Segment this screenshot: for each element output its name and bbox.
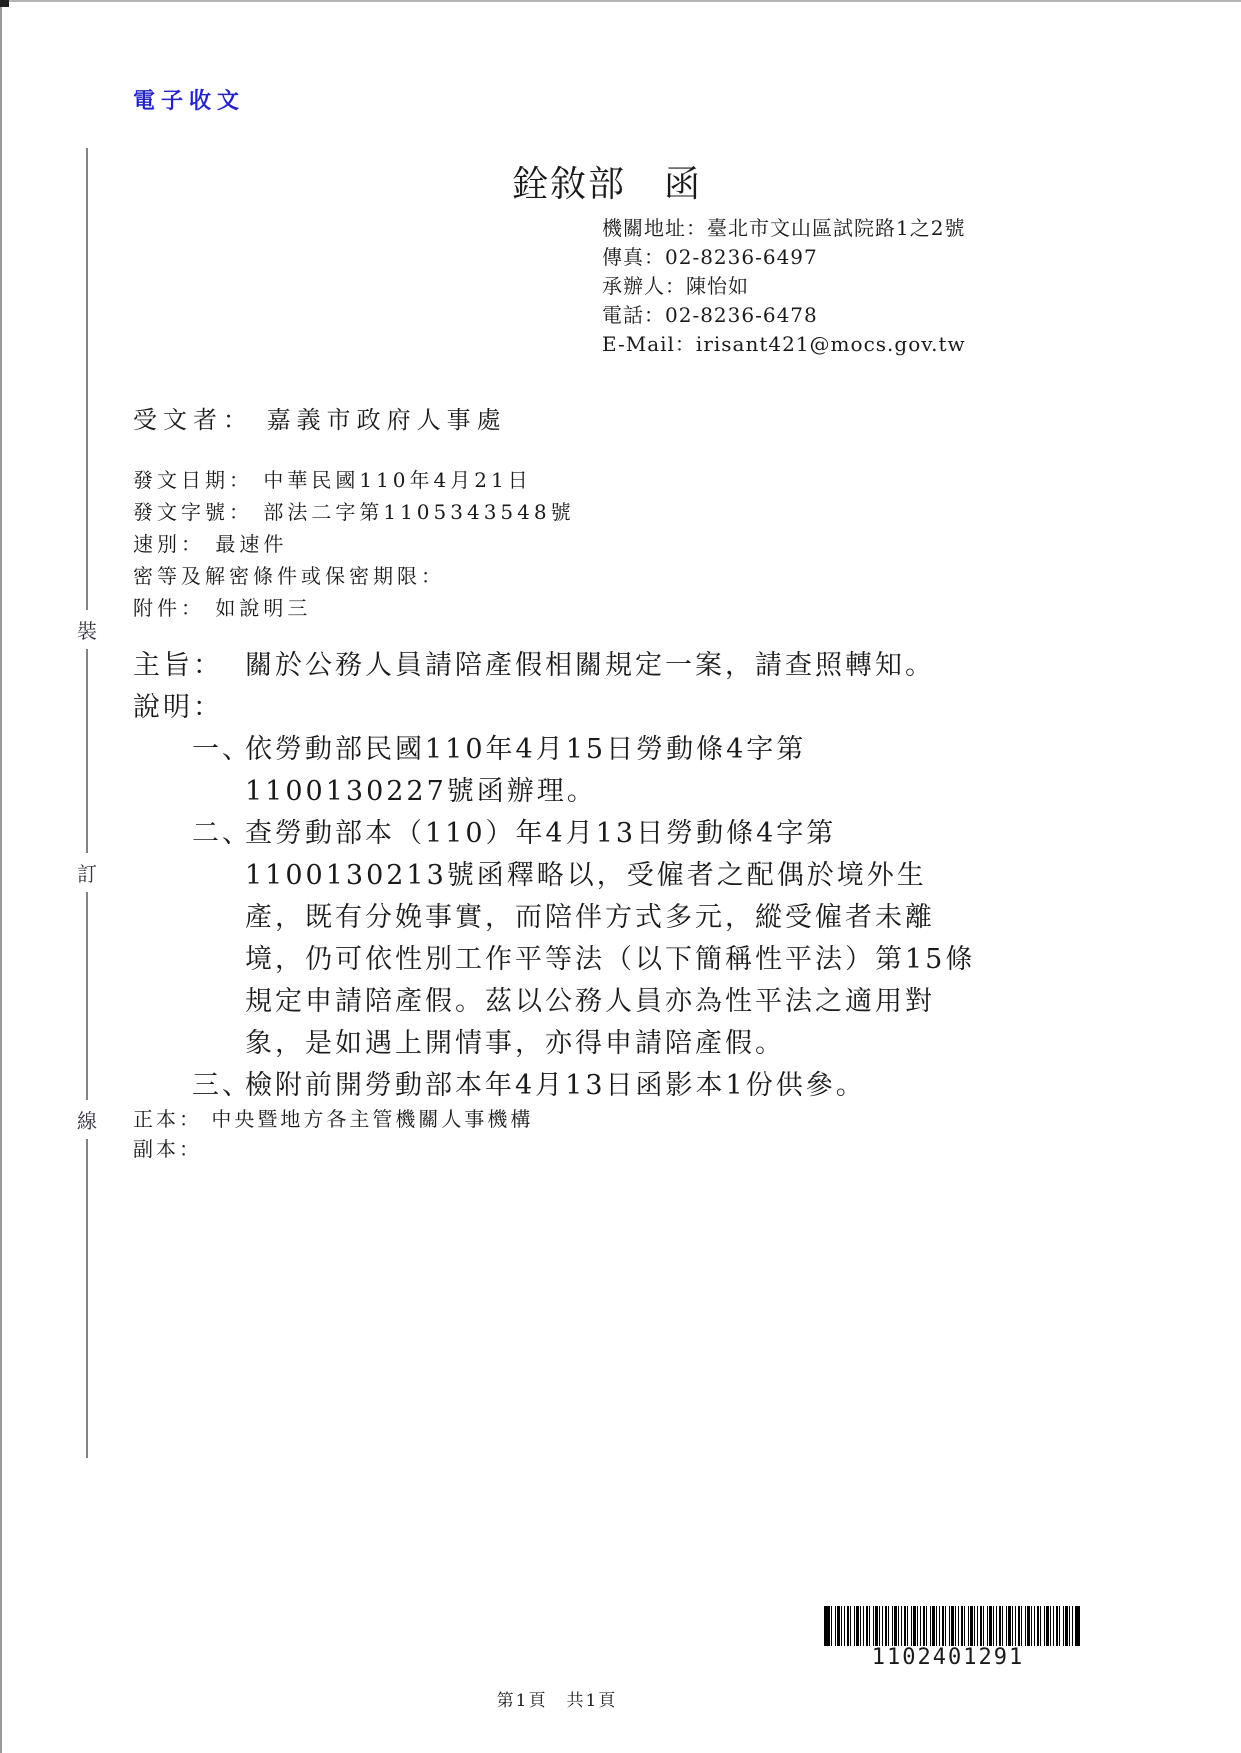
explanation-item-3: 三、 檢附前開勞動部本年4月13日函影本1份供參。 bbox=[192, 1065, 985, 1107]
binding-mark-ding: 訂 bbox=[74, 853, 100, 892]
sender-info-block: 機關地址：臺北市文山區試院路1之2號 傳真：02-8236-6497 承辦人：陳… bbox=[602, 214, 966, 359]
letter-body: 主旨： 關於公務人員請陪產假相關規定一案，請查照轉知。 說明： 一、 依勞動部民… bbox=[133, 645, 985, 1107]
document-title: 銓敘部 函 bbox=[512, 156, 702, 207]
item-text: 查勞動部本（110）年4月13日勞動條4字第1100130213號函釋略以，受僱… bbox=[245, 813, 982, 1065]
binding-fold-line bbox=[86, 148, 88, 1458]
barcode-number: 1102401291 bbox=[824, 1645, 1072, 1670]
scan-edge-left bbox=[0, 0, 2, 1753]
issue-date-line: 發文日期： 中華民國110年4月21日 bbox=[133, 464, 575, 496]
document-barcode bbox=[824, 1606, 1080, 1646]
original-copy-line: 正本： 中央暨地方各主管機關人事機構 bbox=[133, 1104, 533, 1134]
subject-label: 主旨： bbox=[133, 645, 245, 687]
carbon-copy-line: 副本： bbox=[133, 1134, 533, 1164]
item-number: 一、 bbox=[192, 729, 245, 813]
scan-artifact bbox=[0, 0, 9, 7]
explanation-item-1: 一、 依勞動部民國110年4月15日勞動條4字第1100130227號函辦理。 bbox=[192, 729, 985, 813]
binding-mark-zhuang: 裝 bbox=[74, 610, 100, 649]
issue-number-line: 發文字號： 部法二字第1105343548號 bbox=[133, 496, 575, 528]
item-text: 依勞動部民國110年4月15日勞動條4字第1100130227號函辦理。 bbox=[245, 729, 982, 813]
official-letter-page: 電子收文 裝 訂 線 銓敘部 函 機關地址：臺北市文山區試院路1之2號 傳真：0… bbox=[0, 0, 1241, 1753]
speed-class-line: 速別： 最速件 bbox=[133, 528, 575, 560]
security-class-line: 密等及解密條件或保密期限： bbox=[133, 560, 575, 592]
binding-mark-xian: 線 bbox=[74, 1100, 100, 1139]
subject-line: 主旨： 關於公務人員請陪產假相關規定一案，請查照轉知。 bbox=[133, 645, 985, 687]
sender-fax: 傳真：02-8236-6497 bbox=[602, 243, 966, 272]
item-number: 三、 bbox=[192, 1065, 245, 1107]
electronic-receipt-stamp: 電子收文 bbox=[133, 84, 245, 115]
recipient-line: 受文者： 嘉義市政府人事處 bbox=[133, 400, 507, 435]
item-text: 檢附前開勞動部本年4月13日函影本1份供參。 bbox=[245, 1065, 982, 1107]
sender-contact-person: 承辦人：陳怡如 bbox=[602, 272, 966, 301]
item-number: 二、 bbox=[192, 813, 245, 1065]
sender-email: E-Mail：irisant421@mocs.gov.tw bbox=[602, 330, 966, 359]
sender-phone: 電話：02-8236-6478 bbox=[602, 301, 966, 330]
explanation-item-2: 二、 查勞動部本（110）年4月13日勞動條4字第1100130213號函釋略以… bbox=[192, 813, 985, 1065]
attachment-line: 附件： 如說明三 bbox=[133, 592, 575, 624]
page-number-footer: 第1頁 共1頁 bbox=[412, 1686, 702, 1711]
scan-edge-top bbox=[0, 0, 1241, 2]
document-meta-block: 發文日期： 中華民國110年4月21日 發文字號： 部法二字第110534354… bbox=[133, 464, 575, 624]
copies-block: 正本： 中央暨地方各主管機關人事機構 副本： bbox=[133, 1104, 533, 1164]
subject-text: 關於公務人員請陪產假相關規定一案，請查照轉知。 bbox=[245, 645, 985, 687]
sender-address: 機關地址：臺北市文山區試院路1之2號 bbox=[602, 214, 966, 243]
explanation-label: 說明： bbox=[133, 687, 985, 729]
